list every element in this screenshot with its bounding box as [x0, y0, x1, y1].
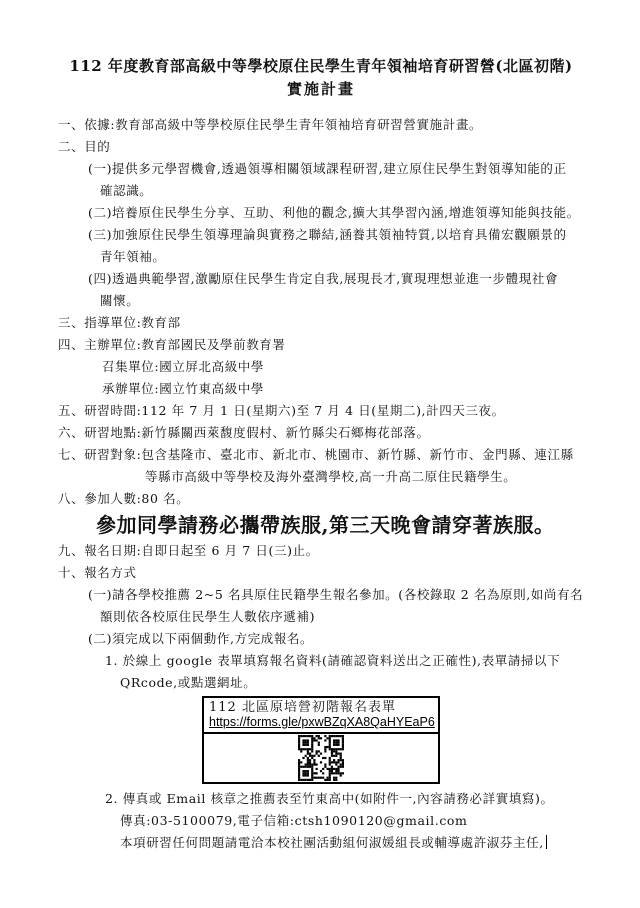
doc-line: 三、指導單位:教育部	[58, 312, 584, 334]
doc-line: 八、參加人數:80 名。	[58, 488, 584, 510]
doc-body-after: 2. 傳真或 Email 核章之推薦表至竹東高中(如附件一,內容請務必詳實填寫)…	[58, 788, 584, 854]
doc-line: 2. 傳真或 Email 核章之推薦表至竹東高中(如附件一,內容請務必詳實填寫)…	[105, 788, 584, 810]
doc-line: 1. 於線上 google 表單填寫報名資料(請確認資料送出之正確性),表單請掃…	[105, 650, 584, 672]
doc-line: (一)請各學校推薦 2~5 名具原住民籍學生報名參加。(各校錄取 2 名為原則,…	[88, 584, 584, 606]
doc-body: 一、依據:教育部高級中等學校原住民學生青年領袖培育研習營實施計畫。二、目的(一)…	[58, 114, 584, 694]
doc-line: 確認識。	[100, 180, 584, 202]
doc-line: 傳真:03-5100079,電子信箱:ctsh1090120@gmail.com	[120, 810, 584, 832]
doc-line: QRcode,或點選網址。	[120, 672, 584, 694]
text-cursor	[546, 835, 548, 849]
doc-line: 關懷。	[100, 290, 584, 312]
doc-line: 召集單位:國立屏北高級中學	[102, 356, 584, 378]
qr-code-area	[204, 734, 438, 782]
doc-line: 二、目的	[58, 136, 584, 158]
doc-title: 112 年度教育部高級中等學校原住民學生青年領袖培育研習營(北區初階)	[58, 55, 584, 78]
doc-line: 十、報名方式	[58, 562, 584, 584]
doc-line: 青年領袖。	[100, 246, 584, 268]
registration-form-header: 112 北區原培營初階報名表單 https://forms.gle/pxwBZq…	[204, 698, 438, 734]
registration-form-box: 112 北區原培營初階報名表單 https://forms.gle/pxwBZq…	[202, 696, 440, 784]
doc-line: 一、依據:教育部高級中等學校原住民學生青年領袖培育研習營實施計畫。	[58, 114, 584, 136]
doc-line: (三)加強原住民學生領導理論與實務之聯結,涵養其領袖特質,以培育具備宏觀願景的	[88, 224, 584, 246]
document-page: 112 年度教育部高級中等學校原住民學生青年領袖培育研習營(北區初階) 實施計畫…	[0, 0, 640, 854]
doc-line: 九、報名日期:自即日起至 6 月 7 日(三)止。	[58, 540, 584, 562]
doc-line: 承辦單位:國立竹東高級中學	[102, 378, 584, 400]
doc-line: 六、研習地點:新竹縣關西萊馥度假村、新竹縣尖石鄉梅花部落。	[58, 422, 584, 444]
doc-line: (四)透過典範學習,激勵原住民學生肯定自我,展現長才,實現理想並進一步體現社會	[88, 268, 584, 290]
doc-line: 五、研習時間:112 年 7 月 1 日(星期六)至 7 月 4 日(星期二),…	[58, 400, 584, 422]
doc-line: 等縣市高級中等學校及海外臺灣學校,高一升高二原住民籍學生。	[145, 466, 584, 488]
qr-code-image	[298, 735, 344, 781]
doc-line: (二)須完成以下兩個動作,方完成報名。	[88, 628, 584, 650]
doc-line: (二)培養原住民學生分享、互助、利他的觀念,擴大其學習內涵,增進領導知能與技能。	[88, 202, 584, 224]
doc-line: 七、研習對象:包含基隆市、臺北市、新北市、桃園市、新竹縣、新竹市、金門縣、連江縣	[58, 444, 584, 466]
doc-line: 四、主辦單位:教育部國民及學前教育署	[58, 334, 584, 356]
registration-form-link[interactable]: https://forms.gle/pxwBZqXA8QaHYEaP6	[209, 715, 433, 729]
registration-form-title: 112 北區原培營初階報名表單	[209, 700, 433, 715]
doc-subtitle: 實施計畫	[58, 78, 584, 101]
doc-line: 本項研習任何問題請電洽本校社團活動組何淑媛組長或輔導處許淑芬主任,	[120, 832, 584, 854]
doc-line: 參加同學請務必攜帶族服,第三天晚會請穿著族服。	[96, 510, 584, 540]
doc-line: (一)提供多元學習機會,透過領導相關領域課程研習,建立原住民學生對領導知能的正	[88, 158, 584, 180]
doc-line: 額則依各校原住民學生人數依序遞補)	[100, 606, 584, 628]
